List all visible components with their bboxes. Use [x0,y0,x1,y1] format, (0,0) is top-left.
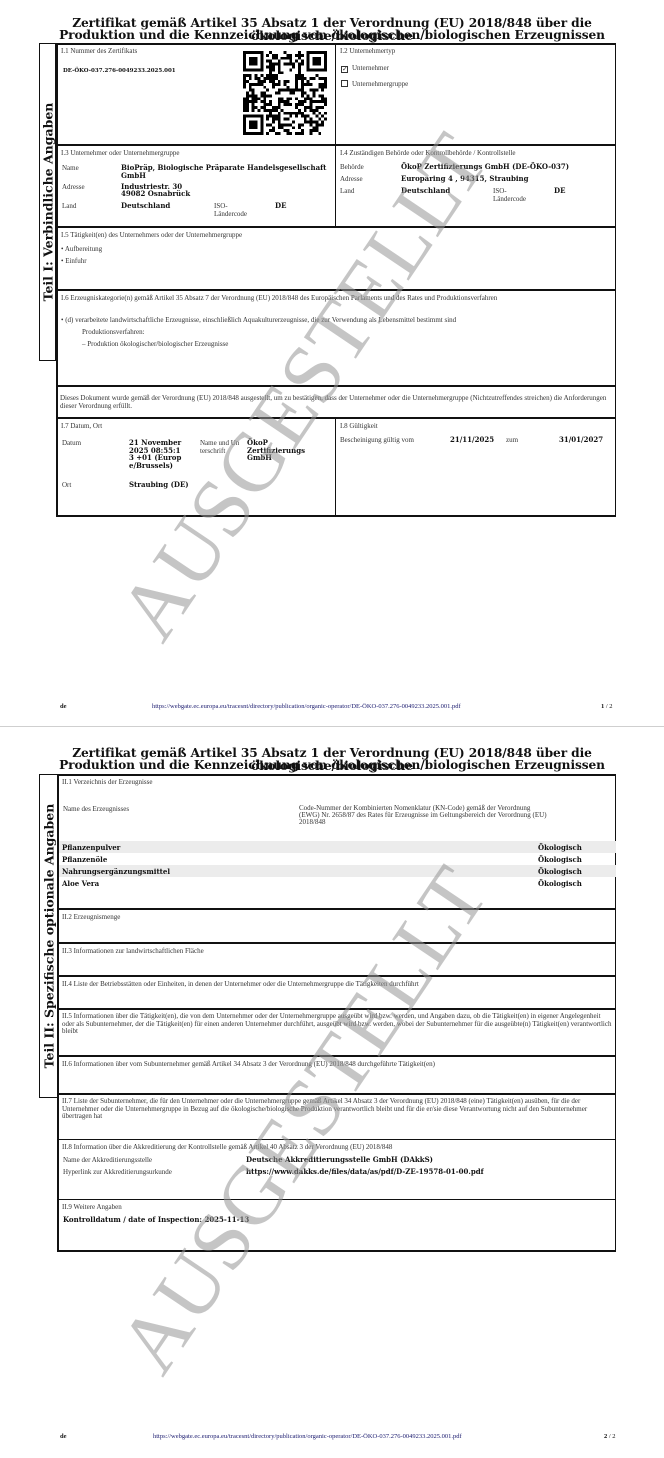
i3-name-label: Name [62,164,79,172]
ii5-header: II.5 Informationen über die Tätigkeit(en… [62,1013,612,1036]
i2-header: I.2 Unternehmertyp [340,47,395,55]
product-row: PflanzenöleÖkologisch [59,853,616,865]
compliance-statement: Dieses Dokument wurde gemäß der Verordnu… [60,394,612,410]
signature-value: ÖkoP Zertifizierungs GmbH [247,439,317,462]
footer-url-link[interactable]: https://webgate.ec.europa.eu/tracesnt/di… [153,1433,462,1440]
ii6-header: II.6 Informationen über vom Subunternehm… [62,1060,435,1068]
cell-ii8: II.8 Information über die Akkreditierung… [58,1140,616,1200]
operator-iso-code: DE [275,202,286,210]
i7-date-label: Datum [62,439,81,447]
part2-side-label: Teil II: Spezifische optionale Angaben [41,804,56,1069]
part1-side-label: Teil I: Verbindliche Angaben [40,103,55,302]
i7-signature-label: Name und Unterschrift [200,439,240,455]
footer-page-number: 1 / 2 [601,703,613,710]
col-product-name: Name des Erzeugnisses [63,805,129,813]
valid-to-label: zum [506,436,518,444]
control-authority: ÖkoP Zertifizierungs GmbH (DE-ÖKO-037) [401,163,569,171]
part1-side-label-box: Teil I: Verbindliche Angaben [39,43,56,361]
ii8-header: II.8 Information über die Akkreditierung… [62,1143,392,1151]
activity-item: • Einfuhr [61,257,87,265]
ii4-header: II.4 Liste der Betriebsstätten oder Einh… [62,980,419,988]
i3-address-label: Adresse [62,183,85,191]
product-row: PflanzenpulverÖkologisch [59,841,616,853]
certificate-number: DE-ÖKO-037.276-0049233.2025.001 [63,68,176,76]
option-unternehmergruppe[interactable]: Unternehmergruppe [341,80,408,88]
document-title-line2: Produktion und die Kennzeichnung von öko… [0,29,664,42]
part2-side-label-box: Teil II: Spezifische optionale Angaben [39,774,58,1098]
product-row: NahrungsergänzungsmittelÖkologisch [59,865,616,877]
footer-url-link[interactable]: https://webgate.ec.europa.eu/tracesnt/di… [152,703,461,710]
accreditation-body-label: Name der Akkreditierungsstelle [63,1156,152,1164]
cell-ii5: II.5 Informationen über die Tätigkeit(en… [58,1010,616,1057]
cell-ii9: II.9 Weitere Angaben Kontrolldatum / dat… [58,1200,616,1252]
inspection-date: Kontrolldatum / date of Inspection: 2025… [63,1216,249,1224]
accreditation-body: Deutsche Akkreditierungsstelle GmbH (DAk… [246,1156,433,1164]
accreditation-link[interactable]: https://www.dakks.de/files/data/as/pdf/D… [246,1168,484,1176]
cell-statement: Dieses Dokument wurde gemäß der Verordnu… [57,387,616,419]
footer-language: de [60,1433,67,1440]
cell-i6: I.6 Erzeugniskategorie(n) gemäß Artikel … [57,291,616,387]
production-method-label: Produktionsverfahren: [82,328,145,336]
i6-header: I.6 Erzeugniskategorie(n) gemäß Artikel … [61,294,561,302]
checkbox-unchecked-icon[interactable] [341,80,348,87]
product-row: Aloe VeraÖkologisch [59,877,616,889]
i3-iso-label: ISO-Ländercode [214,202,246,218]
ii3-header: II.3 Informationen zur landwirtschaftlic… [62,947,204,955]
i4-iso-label: ISO-Ländercode [493,187,525,203]
ii2-header: II.2 Erzeugnismenge [62,913,120,921]
operator-country: Deutschland [121,202,170,210]
activity-item: • Aufbereitung [61,245,102,253]
ii7-header: II.7 Liste der Subunternehmer, die für d… [62,1098,612,1121]
cell-i5: I.5 Tätigkeit(en) des Unternehmers oder … [57,228,616,291]
option-unternehmer[interactable]: ✓Unternehmer [341,64,389,73]
cell-i3: I.3 Unternehmer oder Unternehmergruppe N… [57,146,336,228]
page-1: Zertifikat gemäß Artikel 35 Absatz 1 der… [0,0,664,726]
footer-page-number: 2 / 2 [604,1433,616,1440]
col-cn-code: Code-Nummer der Kombinierten Nomenklatur… [299,805,549,826]
i4-header: I.4 Zuständigen Behörde oder Kontrollbeh… [340,149,516,157]
i3-country-label: Land [62,202,76,210]
production-method: – Produktion ökologischer/biologischer E… [82,340,228,348]
cell-i2: I.2 Unternehmertyp ✓Unternehmer Unterneh… [336,44,616,146]
footer-language: de [60,703,67,710]
checkbox-checked-icon[interactable]: ✓ [341,66,348,73]
issue-date: 21 November 2025 08:55:13 +01 (Europe/Br… [129,439,183,469]
document-title-line2: Produktion und die Kennzeichnung von öko… [0,759,664,772]
i8-header: I.8 Gültigkeit [340,422,378,430]
ii1-header: II.1 Verzeichnis der Erzeugnisse [62,778,152,786]
operator-address-line2: 49082 Osnabrück [121,190,190,198]
valid-to: 31/01/2027 [559,436,603,444]
authority-country: Deutschland [401,187,450,195]
i4-country-label: Land [340,187,354,195]
product-category: • (d) verarbeitete landwirtschaftliche E… [61,316,611,324]
i3-header: I.3 Unternehmer oder Unternehmergruppe [61,149,179,157]
qr-code-icon[interactable] [243,51,327,135]
cell-ii6: II.6 Informationen über vom Subunternehm… [58,1057,616,1095]
accreditation-link-label: Hyperlink zur Akkreditierungsurkunde [63,1168,172,1176]
valid-from-label: Bescheinigung gültig vom [340,436,414,444]
i7-place-label: Ort [62,481,71,489]
page-2: Zertifikat gemäß Artikel 35 Absatz 1 der… [0,727,664,1458]
cell-i8: I.8 Gültigkeit Bescheinigung gültig vom … [336,419,616,517]
i1-header: I.1 Nummer des Zertifikats [61,47,137,55]
cell-i4: I.4 Zuständigen Behörde oder Kontrollbeh… [336,146,616,228]
cell-ii3: II.3 Informationen zur landwirtschaftlic… [58,944,616,977]
cell-ii2: II.2 Erzeugnismenge [58,910,616,944]
i4-authority-label: Behörde [340,163,364,171]
i5-header: I.5 Tätigkeit(en) des Unternehmers oder … [61,231,242,239]
valid-from: 21/11/2025 [450,436,494,444]
ii9-header: II.9 Weitere Angaben [62,1203,122,1211]
authority-iso-code: DE [554,187,565,195]
operator-name: BioPräp, Biologische Präparate Handelsge… [121,164,333,179]
cell-i7: I.7 Datum, Ort Datum 21 November 2025 08… [57,419,336,517]
authority-address: Europaring 4 , 94315, Straubing [401,175,529,183]
cell-ii7: II.7 Liste der Subunternehmer, die für d… [58,1095,616,1140]
i4-address-label: Adresse [340,175,363,183]
cell-ii4: II.4 Liste der Betriebsstätten oder Einh… [58,977,616,1010]
issue-place: Straubing (DE) [129,481,189,489]
i7-header: I.7 Datum, Ort [61,422,102,430]
